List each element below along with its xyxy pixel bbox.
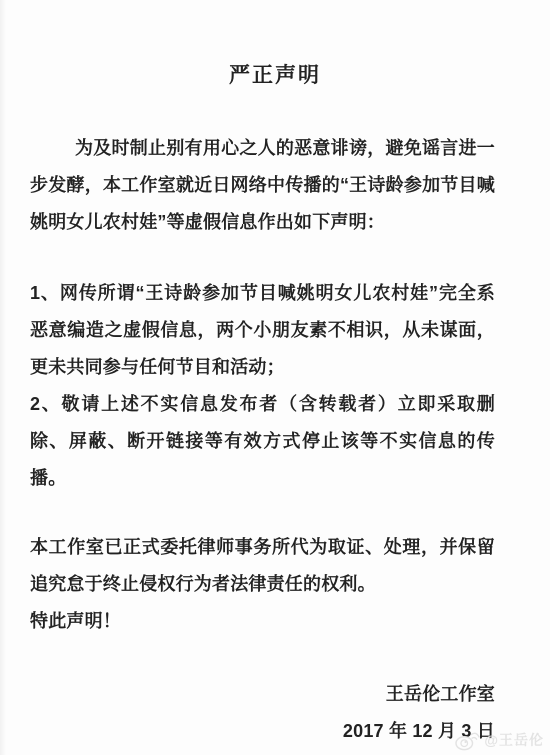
closing-paragraph: 本工作室已正式委托律师事务所代为取证、处理，并保留追究怠于终止侵权行为者法律责任… bbox=[0, 529, 550, 603]
weibo-watermark: @王岳伦 bbox=[454, 729, 544, 751]
weibo-icon bbox=[454, 729, 480, 751]
statement-item-2: 2、敬请上述不实信息发布者（含转载者）立即采取删除、屏蔽、断开链接等有效方式停止… bbox=[0, 386, 550, 497]
statement-document: 严正声明 为及时制止别有用心之人的恶意诽谤，避免谣言进一步发酵，本工作室就近日网… bbox=[0, 0, 550, 755]
intro-paragraph: 为及时制止别有用心之人的恶意诽谤，避免谣言进一步发酵，本工作室就近日网络中传播的… bbox=[0, 130, 550, 241]
signature-line: 王岳伦工作室 bbox=[0, 676, 550, 713]
document-title: 严正声明 bbox=[0, 59, 550, 93]
watermark-text: @王岳伦 bbox=[484, 730, 544, 750]
statement-item-1: 1、网传所谓“王诗龄参加节目喊姚明女儿农村娃”完全系恶意编造之虚假信息，两个小朋… bbox=[0, 275, 550, 386]
ending-line: 特此声明！ bbox=[0, 603, 550, 640]
